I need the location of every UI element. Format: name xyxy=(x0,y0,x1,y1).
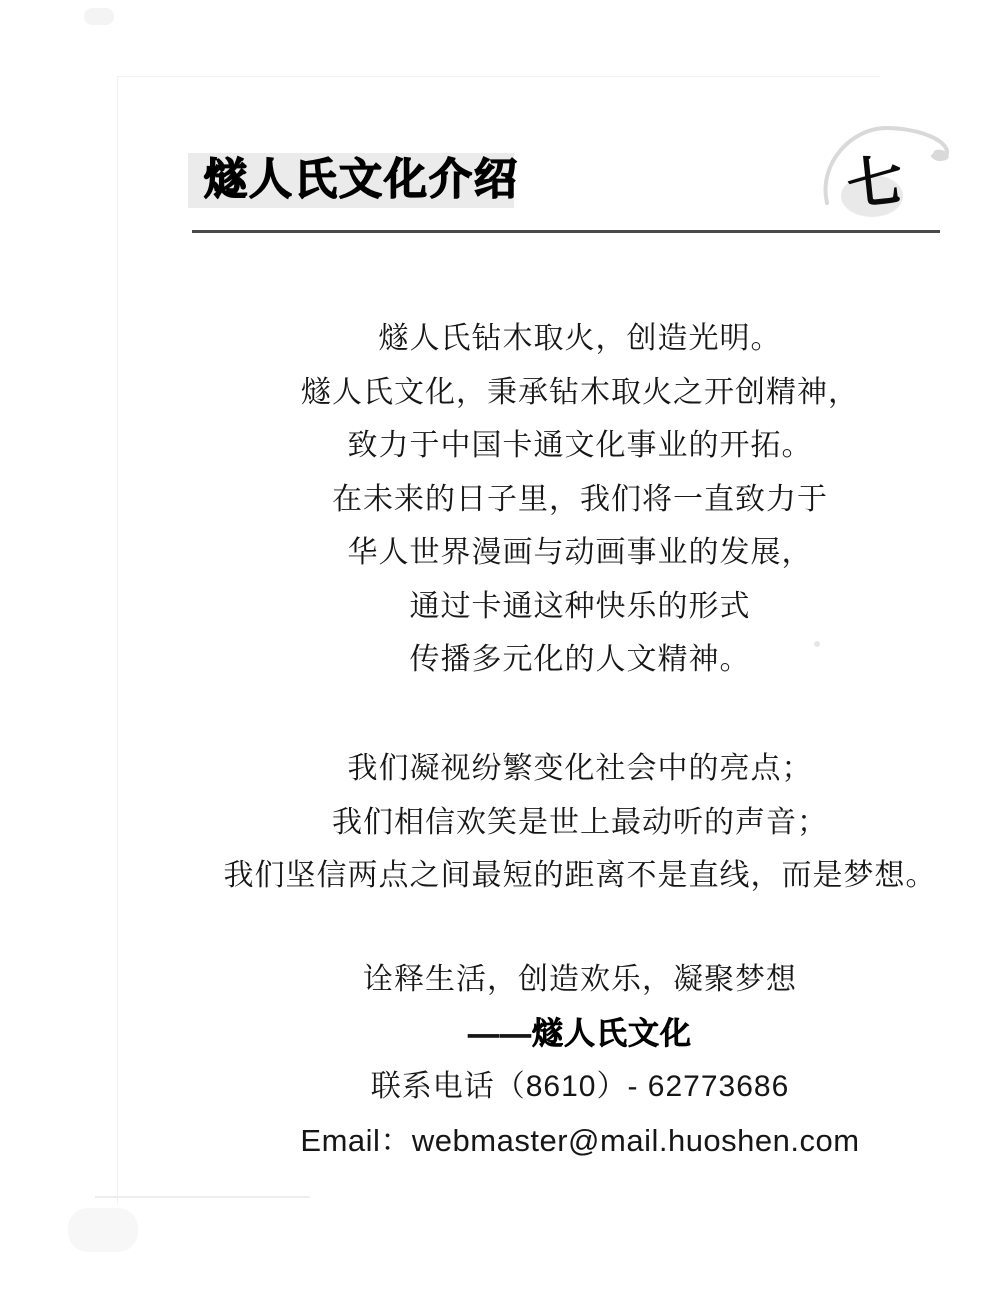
closing-paragraph: 诠释生活，创造欢乐，凝聚梦想 ——燧人氏文化 联系电话（8610）- 62773… xyxy=(150,953,1000,1167)
section-title-bar: 燧人氏文化介绍 xyxy=(188,153,514,208)
beliefs-line: 我们坚信两点之间最短的距离不是直线，而是梦想。 xyxy=(150,849,1000,903)
phone-line: 联系电话（8610）- 62773686 xyxy=(150,1060,1000,1114)
slogan-line: 诠释生活，创造欢乐，凝聚梦想 xyxy=(150,953,1000,1007)
scanned-page: 燧人氏文化介绍 七 燧人氏钻木取火，创造光明。 燧人氏文化，秉承钻木取火之开创精… xyxy=(0,0,1000,1289)
intro-line: 华人世界漫画与动画事业的发展， xyxy=(150,526,1000,580)
page-title: 燧人氏文化介绍 xyxy=(204,153,519,208)
intro-line: 燧人氏钻木取火，创造光明。 xyxy=(150,312,1000,366)
header-divider xyxy=(192,230,940,233)
intro-line: 传播多元化的人文精神。 xyxy=(150,633,1000,687)
email-line: Email：webmaster@mail.huoshen.com xyxy=(150,1114,1000,1168)
beliefs-paragraph: 我们凝视纷繁变化社会中的亮点； 我们相信欢笑是世上最动听的声音； 我们坚信两点之… xyxy=(150,742,1000,903)
scan-artifact-smudge xyxy=(84,8,114,25)
scan-artifact-line xyxy=(117,76,880,77)
page-number: 七 xyxy=(837,151,912,214)
beliefs-line: 我们相信欢笑是世上最动听的声音； xyxy=(150,796,1000,850)
intro-line: 通过卡通这种快乐的形式 xyxy=(150,580,1000,634)
intro-line: 燧人氏文化，秉承钻木取火之开创精神， xyxy=(150,366,1000,420)
scan-artifact-smudge xyxy=(68,1208,138,1252)
intro-line: 致力于中国卡通文化事业的开拓。 xyxy=(150,419,1000,473)
scan-artifact-line xyxy=(117,76,118,1204)
scan-artifact-line xyxy=(95,1196,310,1198)
intro-paragraph: 燧人氏钻木取火，创造光明。 燧人氏文化，秉承钻木取火之开创精神， 致力于中国卡通… xyxy=(150,312,1000,687)
intro-line: 在未来的日子里，我们将一直致力于 xyxy=(150,473,1000,527)
beliefs-line: 我们凝视纷繁变化社会中的亮点； xyxy=(150,742,1000,796)
signature-line: ——燧人氏文化 xyxy=(150,1007,1000,1061)
